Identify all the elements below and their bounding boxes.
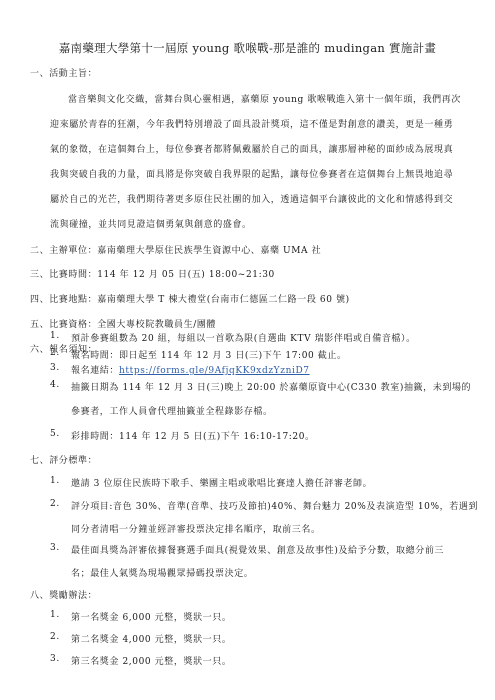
registration-item-1-number: 1. [50, 331, 60, 341]
section-heading-venue: 四、比賽地點：嘉南藥理大學 T 棟大禮堂(台南市仁德區二仁路一段 60 號) [30, 292, 350, 305]
purpose-line-2: 迎來屬於青春的狂潮，今年我們特別增設了面具設計獎項，這不僅是對創意的讚美，更是一… [50, 117, 453, 130]
purpose-line-5: 屬於自己的光芒，我們期待著更多原住民社團的加入，透過這個平台讓彼此的文化和情感得… [50, 192, 453, 205]
award-item-2-text: 第二名獎金 4,000 元整，獎狀一只。 [71, 632, 232, 645]
purpose-line-6: 流與碰撞，並共同見證這個勇氣與創意的盛會。 [50, 217, 252, 230]
section-heading-scoring: 七、評分標準： [30, 453, 97, 466]
award-item-3-text: 第三名獎金 2,000 元整，獎狀一只。 [71, 654, 232, 667]
registration-item-4-text-cont: 參賽者，工作人員會代理抽籤並全程錄影存檔。 [71, 404, 273, 417]
registration-item-3-number: 3. [50, 363, 60, 373]
registration-item-4-text: 抽籤日期為 114 年 12 月 3 日(三)晚上 20:00 於嘉藥原資中心(… [71, 380, 471, 393]
scoring-item-3-text-cont: 名；最佳人氣獎為現場觀眾掃碼投票決定。 [71, 566, 253, 579]
section-heading-awards: 八、獎勵辦法： [30, 588, 97, 601]
purpose-line-3: 氣的象徵，在這個舞台上，每位參賽者都將佩戴屬於自己的面具，讓那層神秘的面紗成為展… [50, 142, 453, 155]
purpose-line-1: 當音樂與文化交織，當舞台與心靈相遇，嘉藥原 young 歌喉戰進入第十一個年頭，… [68, 92, 461, 105]
scoring-item-1-number: 1. [50, 476, 60, 486]
registration-link-label: 報名連結： [71, 366, 119, 376]
registration-item-4-number: 4. [50, 380, 60, 390]
purpose-line-4: 我與突破自我的力量，面具將是你突破自我界限的起點，讓每位參賽者在這個舞台上無畏地… [50, 167, 453, 180]
registration-form-link[interactable]: https://forms.gle/9AfjqKK9xdzYzniD7 [119, 366, 310, 376]
scoring-item-2-text-cont: 同分者清唱一分鐘並經評審投票決定排名順序，取前三名。 [71, 522, 321, 535]
registration-item-1-text: 預計參賽組數為 20 組，每組以一首歌為限(自選曲 KTV 瑞影伴唱或自備音檔）… [71, 331, 416, 344]
scoring-item-2-text: 評分項目:音色 30%、音準(音準、技巧及節拍)40%、舞台魅力 20%及表演造… [71, 499, 478, 512]
registration-item-5-text: 彩排時間：114 年 12 月 5 日(五)下午 16:10-17:20。 [71, 429, 315, 442]
registration-item-5-number: 5. [50, 429, 60, 439]
registration-item-2-text: 報名時間：即日起至 114 年 12 月 3 日(三)下午 17:00 截止。 [71, 348, 347, 361]
scoring-item-2-number: 2. [50, 499, 60, 509]
section-heading-purpose: 一、活動主旨： [30, 66, 97, 79]
registration-item-2-number: 2. [50, 348, 60, 358]
scoring-item-3-text: 最佳面具獎為評審依據餐賽選手面具(視覺效果、創意及故事性)及給予分數，取總分前三 [71, 543, 444, 556]
scoring-item-1-text: 邀請 3 位原住民族時下歌手、樂團主唱或歌唱比賽達人擔任評審老師。 [71, 476, 372, 489]
section-heading-time: 三、比賽時間：114 年 12 月 05 日(五) 18:00~21:30 [30, 267, 275, 280]
scoring-item-3-number: 3. [50, 543, 60, 553]
award-item-3-number: 3. [50, 654, 60, 664]
document-page: 嘉南藥理大學第十一屆原 young 歌喉戰-那是誰的 mudingan 實施計畫… [0, 0, 495, 700]
registration-item-3: 報名連結：https://forms.gle/9AfjqKK9xdzYzniD7 [71, 363, 310, 376]
award-item-2-number: 2. [50, 632, 60, 642]
section-heading-eligibility: 五、比賽資格：全國大專校院教職員生/團體 [30, 317, 216, 330]
award-item-1-number: 1. [50, 610, 60, 620]
document-title: 嘉南藥理大學第十一屆原 young 歌喉戰-那是誰的 mudingan 實施計畫 [0, 40, 495, 56]
section-heading-organizer: 二、主辦單位：嘉南藥理大學原住民族學生資源中心、嘉藥 UMA 社 [30, 243, 321, 256]
award-item-1-text: 第一名獎金 6,000 元整，獎狀一只。 [71, 610, 232, 623]
